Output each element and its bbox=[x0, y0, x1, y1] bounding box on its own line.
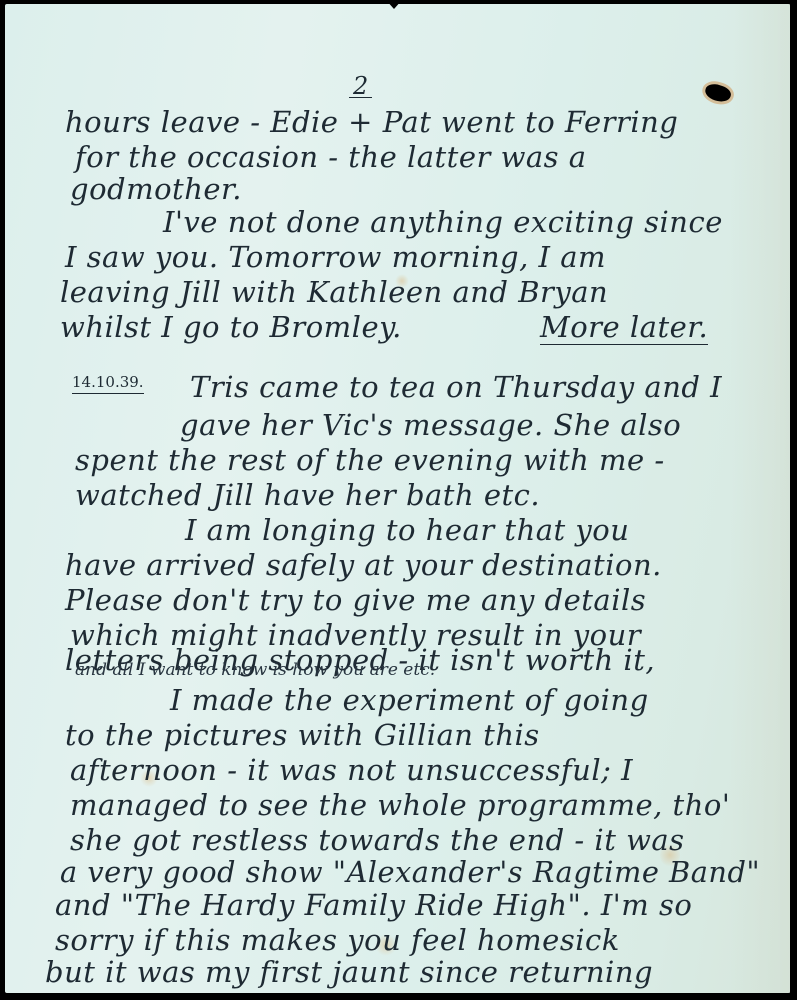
page-number: 2 bbox=[353, 72, 368, 100]
handwritten-line: to the pictures with Gillian this bbox=[65, 718, 540, 752]
handwritten-line: leaving Jill with Kathleen and Bryan bbox=[60, 275, 608, 309]
handwritten-line: Tris came to tea on Thursday and I bbox=[190, 370, 722, 404]
handwritten-line: but it was my first jaunt since returnin… bbox=[45, 955, 653, 989]
handwritten-line: gave her Vic's message. She also bbox=[180, 408, 681, 442]
handwritten-line: I've not done anything exciting since bbox=[163, 205, 723, 239]
handwritten-line: Please don't try to give me any details bbox=[65, 583, 646, 617]
handwritten-line: and "The Hardy Family Ride High". I'm so bbox=[55, 888, 692, 922]
more-later-note: More later. bbox=[540, 310, 708, 345]
date-note: 14.10.39. bbox=[72, 373, 144, 394]
handwritten-line: for the occasion - the latter was a bbox=[75, 140, 587, 174]
handwritten-line: whilst I go to Bromley. bbox=[60, 310, 402, 344]
handwritten-line: spent the rest of the evening with me - bbox=[75, 443, 665, 477]
handwritten-line: I am longing to hear that you bbox=[185, 513, 629, 547]
paper-fold-shadow bbox=[730, 4, 790, 993]
paper-notch bbox=[386, 0, 402, 9]
handwritten-line: watched Jill have her bath etc. bbox=[75, 478, 540, 512]
handwritten-line: I saw you. Tomorrow morning, I am bbox=[65, 240, 606, 274]
handwritten-line: I made the experiment of going bbox=[170, 683, 649, 717]
handwritten-line: godmother. bbox=[70, 172, 242, 206]
handwritten-line: managed to see the whole programme, tho' bbox=[70, 788, 730, 822]
handwritten-line: hours leave - Edie + Pat went to Ferring bbox=[65, 105, 678, 139]
handwritten-line: afternoon - it was not unsuccessful; I bbox=[70, 753, 633, 787]
handwritten-line: sorry if this makes you feel homesick bbox=[55, 923, 620, 957]
inserted-note: and all I want to know is how you are et… bbox=[75, 660, 435, 680]
handwritten-line: a very good show "Alexander's Ragtime Ba… bbox=[60, 855, 760, 889]
handwritten-line: have arrived safely at your destination. bbox=[65, 548, 662, 582]
handwritten-line: she got restless towards the end - it wa… bbox=[70, 823, 685, 857]
